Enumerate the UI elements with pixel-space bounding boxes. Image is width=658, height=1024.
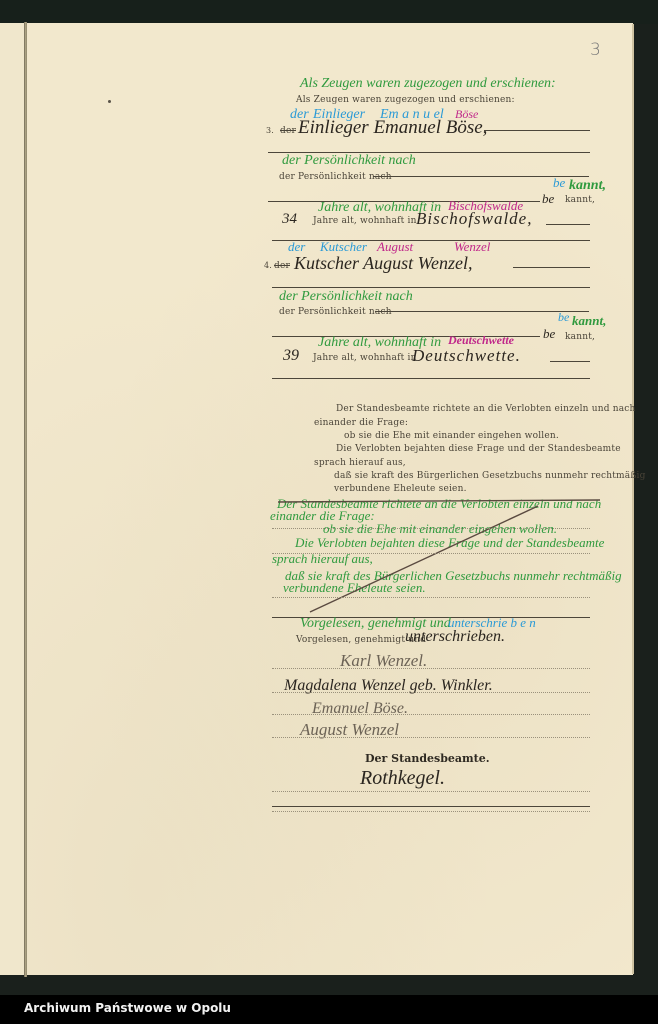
- signature-3: Emanuel Böse.: [312, 700, 408, 718]
- w3-identity-printed: der Persönlichkeit nach: [279, 172, 392, 182]
- decl-trans-line7: verbundene Eheleute seien.: [283, 580, 426, 596]
- w4-known-prefix-annot: be: [558, 310, 569, 325]
- w4-known-printed: kannt,: [565, 332, 595, 342]
- decl-trans-line4: Die Verlobten bejahten diese Frage und d…: [295, 535, 604, 551]
- facing-page-edge: [0, 23, 25, 975]
- decl-printed-line3: ob sie die Ehe mit einander eingehen wol…: [344, 431, 559, 441]
- w3-printed-article: der: [280, 126, 296, 136]
- decl-printed-line1: Der Standesbeamte richtete an die Verlob…: [336, 404, 636, 414]
- witnesses-header-transcription: Als Zeugen waren zugezogen und erschiene…: [300, 76, 556, 92]
- w3-age-printed: Jahre alt, wohnhaft in: [313, 216, 417, 226]
- w4-residence-hand: Deutschwette.: [412, 346, 521, 366]
- w3-identity-transcription: der Persönlichkeit nach: [282, 153, 416, 169]
- w3-known-prefix-annot: be: [553, 175, 565, 191]
- decl-printed-line7: verbundene Eheleute seien.: [334, 484, 467, 494]
- w3-known-annot: kannt,: [569, 178, 606, 194]
- decl-printed-line6: daß sie kraft des Bürgerlichen Gesetzbuc…: [334, 471, 646, 481]
- archive-label: Archiwum Państwowe w Opolu: [24, 1001, 231, 1015]
- decl-printed-line2: einander die Frage:: [314, 418, 408, 428]
- registrar-title: Der Standesbeamte.: [365, 752, 490, 765]
- w3-handwritten-name: Einlieger Emanuel Böse,: [298, 117, 487, 139]
- w4-handwritten-name: Kutscher August Wenzel,: [294, 253, 473, 274]
- ink-speck: [108, 100, 111, 103]
- w4-known-annot: kannt,: [572, 313, 606, 329]
- w3-age-hand: 34: [282, 211, 297, 228]
- w4-age-printed: Jahre alt, wohnhaft in: [313, 353, 417, 363]
- w4-printed-article: der: [274, 261, 290, 271]
- w3-number: 3.: [266, 126, 274, 135]
- page-number: 3: [590, 40, 601, 60]
- decl-printed-line4: Die Verlobten bejahten diese Frage und d…: [336, 444, 621, 454]
- w4-age-hand: 39: [283, 347, 299, 365]
- closing-hand-signed: unterschrieben.: [405, 628, 505, 646]
- w4-known-hand: be: [543, 326, 555, 342]
- scan-background-top: [0, 0, 658, 24]
- w3-residence-hand: Bischofswalde,: [416, 209, 532, 229]
- w4-number: 4.: [264, 261, 272, 270]
- decl-printed-line5: sprach hierauf aus,: [314, 458, 406, 468]
- registrar-signature: Rothkegel.: [360, 767, 445, 790]
- witnesses-header-printed: Als Zeugen waren zugezogen und erschiene…: [296, 95, 515, 105]
- w4-identity-transcription: der Persönlichkeit nach: [279, 289, 413, 305]
- w3-known-printed: kannt,: [565, 195, 595, 205]
- page-edge: [632, 24, 634, 974]
- w4-identity-printed: der Persönlichkeit nach: [279, 307, 392, 317]
- w3-known-hand: be: [542, 191, 554, 207]
